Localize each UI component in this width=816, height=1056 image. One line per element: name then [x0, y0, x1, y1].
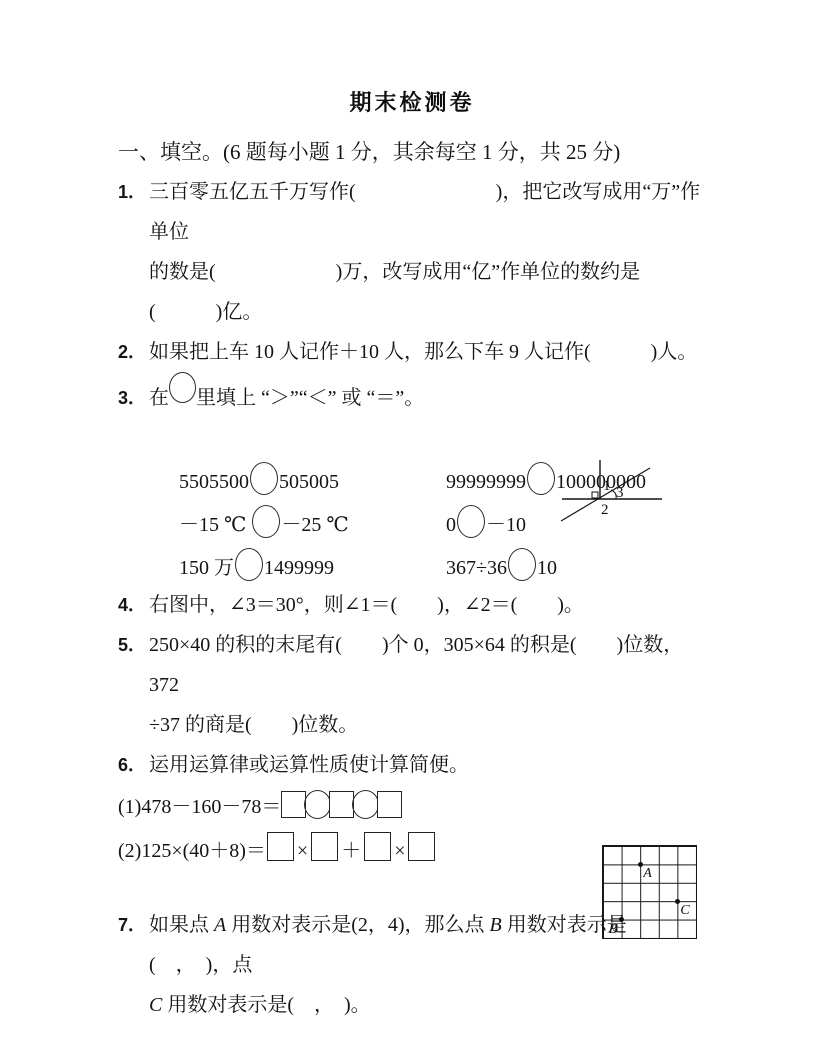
answer-box — [377, 791, 402, 818]
operator: × — [295, 829, 310, 873]
answer-box — [408, 832, 435, 861]
grid-point — [638, 862, 643, 867]
angle-diagram: 1 3 2 — [550, 450, 715, 535]
answer-circle — [252, 505, 280, 538]
operator: × — [392, 829, 407, 873]
question-number: 4． — [118, 585, 149, 625]
question-line: 5．250×40 的积的末尾有( )个 0，305×64 的积是( )位数，37… — [149, 625, 706, 705]
question-4: 4．右图中，∠3＝30°，则∠1＝( )，∠2＝( )。 — [118, 585, 706, 625]
question-text: 里填上 “＞”“＜” 或 “＝”。 — [196, 387, 424, 409]
operand: 10 — [537, 557, 557, 579]
question-number: 1． — [118, 172, 149, 212]
question-text: 用数对表示是( ， )。 — [162, 994, 370, 1016]
operator: ＋ — [339, 829, 363, 873]
question-number: 3． — [118, 378, 149, 418]
page-title: 期末检测卷 — [118, 88, 706, 118]
answer-circle — [508, 548, 536, 581]
question-line: C 用数对表示是( ， )。 — [149, 985, 706, 1025]
comparison-pair: －15 ℃ －25 ℃ — [179, 504, 446, 547]
exam-paper-page: 期末检测卷 一、填空。(6 题每小题 1 分，其余每空 1 分，共 25 分) … — [0, 0, 816, 1056]
question-text: 如果点 — [149, 914, 214, 936]
answer-circle — [250, 462, 278, 495]
answer-box — [329, 791, 354, 818]
question-line: 的数是( )万，改写成用“亿”作单位的数约是( )亿。 — [149, 252, 706, 332]
question-1: 1．三百零五亿五千万写作( )，把它改写成用“万”作单位 的数是( )万，改写成… — [118, 172, 706, 332]
operand: 505005 — [279, 471, 339, 493]
operand: 150 万 — [179, 557, 234, 579]
question-text: 在 — [149, 387, 169, 409]
question-text: 的数是( )万，改写成用“亿”作单位的数约是( )亿。 — [149, 261, 640, 323]
question-text: 右图中，∠3＝30°，则∠1＝( )，∠2＝( )。 — [149, 594, 584, 616]
question-line: 1．三百零五亿五千万写作( )，把它改写成用“万”作单位 — [149, 172, 706, 252]
section-heading: 一、填空。(6 题每小题 1 分，其余每空 1 分，共 25 分) — [118, 132, 706, 172]
answer-circle — [235, 548, 263, 581]
angle-2-label: 2 — [601, 502, 609, 518]
equation-1: (1)478－160－78＝ — [118, 785, 706, 829]
operand: －10 — [486, 514, 526, 536]
question-number: 7． — [118, 905, 149, 945]
point-label: A — [214, 914, 226, 936]
angle-1-label: 1 — [603, 478, 611, 494]
operand: －25 ℃ — [281, 514, 348, 536]
answer-circle — [457, 505, 485, 538]
grid-point-label: C — [680, 904, 689, 918]
question-line: 6．运用运算律或运算性质使计算简便。 — [149, 745, 706, 785]
question-number: 6． — [118, 745, 149, 785]
point-label: B — [490, 914, 502, 936]
question-text: 如果把上车 10 人记作＋10 人，那么下车 9 人记作( )人。 — [149, 341, 697, 363]
question-text: 用数对表示是(2，4)，那么点 — [226, 914, 489, 936]
operand: －15 ℃ — [179, 514, 251, 536]
right-angle-mark — [592, 492, 598, 498]
answer-circle — [169, 372, 196, 403]
question-5: 5．250×40 的积的末尾有( )个 0，305×64 的积是( )位数，37… — [118, 625, 706, 745]
question-line: ÷37 的商是( )位数。 — [149, 705, 706, 745]
grid-point-label: A — [643, 867, 652, 881]
question-text: 250×40 的积的末尾有( )个 0，305×64 的积是( )位数，372 — [149, 634, 683, 696]
question-text: 运用运算律或运算性质使计算简便。 — [149, 754, 469, 776]
comparison-pair: 150 万1499999 — [179, 547, 446, 590]
answer-box — [267, 832, 294, 861]
angle-3-label: 3 — [616, 485, 624, 501]
equation-lhs: (2)125×(40＋8)＝ — [118, 840, 266, 862]
question-line: 3．在里填上 “＞”“＜” 或 “＝”。 — [149, 372, 706, 418]
question-number: 2． — [118, 332, 149, 372]
operand: 99999999 — [446, 471, 526, 493]
grid-point — [619, 917, 624, 922]
answer-box — [281, 791, 306, 818]
answer-circle — [352, 790, 379, 819]
grid-point — [675, 899, 680, 904]
grid-point-label: B — [609, 923, 618, 937]
comparison-pair: 0－10 — [446, 514, 526, 536]
question-2: 2．如果把上车 10 人记作＋10 人，那么下车 9 人记作( )人。 — [118, 332, 706, 372]
answer-box — [311, 832, 338, 861]
comparison-pair: 367÷3610 — [446, 557, 557, 579]
point-label: C — [149, 994, 162, 1016]
comparison-pair: 5505500505005 — [179, 461, 446, 504]
question-line: 4．右图中，∠3＝30°，则∠1＝( )，∠2＝( )。 — [149, 585, 706, 625]
equation-lhs: (1)478－160－78＝ — [118, 796, 281, 818]
question-text: ÷37 的商是( )位数。 — [149, 714, 358, 736]
operand: 0 — [446, 514, 456, 536]
operand: 5505500 — [179, 471, 249, 493]
question-line: 2．如果把上车 10 人记作＋10 人，那么下车 9 人记作( )人。 — [149, 332, 706, 372]
answer-circle — [304, 790, 331, 819]
question-text: 三百零五亿五千万写作( )，把它改写成用“万”作单位 — [149, 181, 700, 243]
answer-box — [364, 832, 391, 861]
operand: 1499999 — [264, 557, 334, 579]
coordinate-grid: ABC — [602, 845, 697, 939]
question-number: 5． — [118, 625, 149, 665]
operand: 367÷36 — [446, 557, 507, 579]
